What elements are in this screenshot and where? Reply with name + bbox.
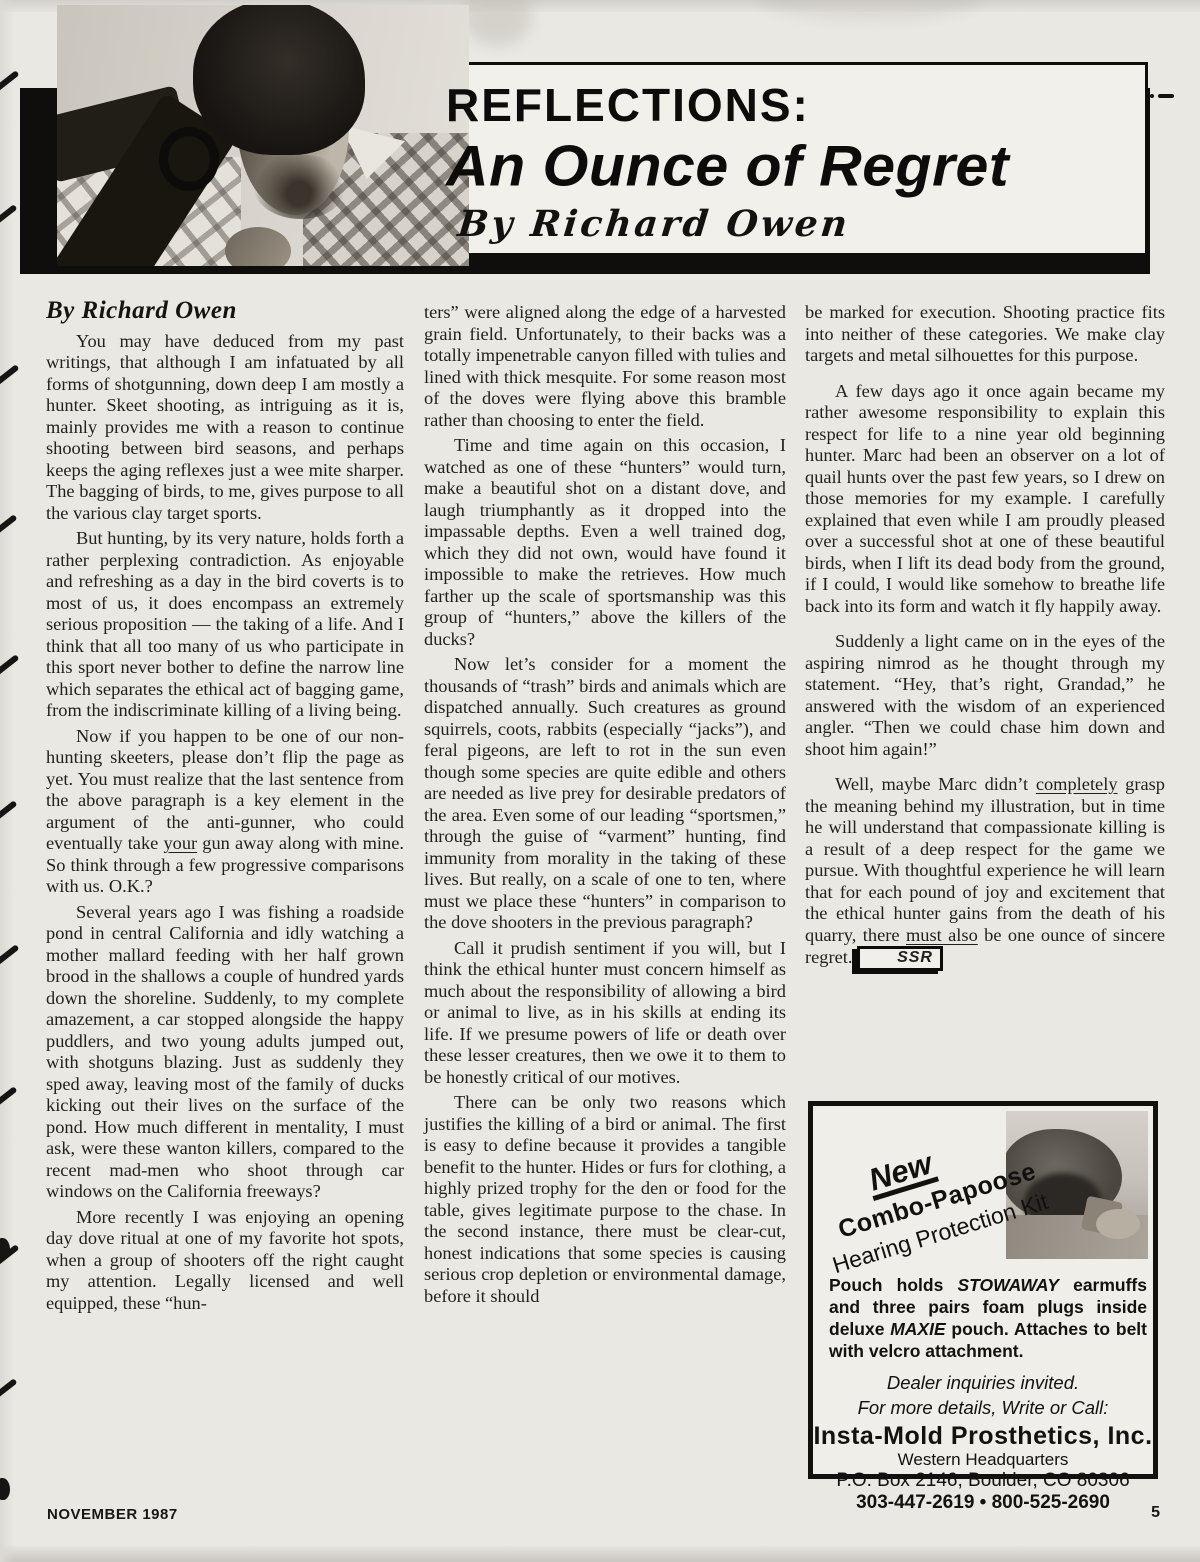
ad-details-line: For more details, Write or Call: — [813, 1397, 1153, 1419]
portrait-strap-ring — [159, 127, 219, 191]
article-paragraph: ters” were aligned along the edge of a h… — [424, 302, 786, 431]
ad-company-subtitle: Western Headquarters — [813, 1450, 1153, 1470]
article-paragraph: Now if you happen to be one of our non-h… — [46, 726, 404, 898]
article-byline-heading: By Richard Owen — [46, 300, 404, 322]
footer-page-number: 5 — [1151, 1504, 1160, 1522]
byline-script: By Richard Owen — [456, 203, 852, 245]
article-column-1: By Richard Owen You may have deduced fro… — [46, 300, 404, 1318]
article-column-2: ters” were aligned along the edge of a h… — [424, 302, 786, 1311]
footer-issue-date: NOVEMBER 1987 — [47, 1506, 178, 1523]
column-paragraphs: You may have deduced from my past writin… — [46, 331, 404, 1315]
insta-mold-advertisement: New Combo-Papoose Hearing Protection Kit… — [808, 1101, 1158, 1479]
ad-phone-numbers: 303-447-2619 • 800-525-2690 — [813, 1492, 1153, 1514]
section-kicker: REFLECTIONS: — [446, 78, 810, 132]
page-left-edge — [0, 0, 14, 1562]
article-paragraph: Several years ago I was fishing a roadsi… — [46, 902, 404, 1203]
magazine-page: REFLECTIONS: An Ounce of Regret By Richa… — [0, 0, 1200, 1562]
article-paragraph: You may have deduced from my past writin… — [46, 331, 404, 525]
ad-company-name: Insta-Mold Prosthetics, Inc. — [813, 1422, 1153, 1451]
margin-dash-mark — [1158, 94, 1174, 98]
page-bottom-edge — [0, 1546, 1200, 1562]
article-paragraph: Well, maybe Marc didn’t completely grasp… — [805, 774, 1165, 971]
article-paragraph: Time and time again on this occasion, I … — [424, 435, 786, 650]
scan-smudge — [760, 0, 980, 20]
article-paragraph: But hunting, by its very nature, holds f… — [46, 528, 404, 722]
article-paragraph: A few days ago it once again became my r… — [805, 381, 1165, 618]
end-of-article-badge: SSR — [857, 946, 943, 971]
article-title: An Ounce of Regret — [446, 133, 1146, 199]
ad-body-copy: Pouch holds STOWAWAY earmuffs and three … — [829, 1274, 1147, 1362]
ad-photo-hand — [1096, 1209, 1140, 1239]
scan-smudge — [462, 0, 532, 46]
portrait-hair — [193, 5, 365, 155]
article-paragraph: There can be only two reasons which just… — [424, 1092, 786, 1307]
article-paragraph: Call it prudish sentiment if you will, b… — [424, 938, 786, 1089]
article-paragraph: Now let’s consider for a moment the thou… — [424, 654, 786, 934]
article-paragraph: More recently I was enjoying an opening … — [46, 1207, 404, 1315]
article-column-3: be marked for execution. Shooting practi… — [805, 302, 1165, 985]
article-paragraph: be marked for execution. Shooting practi… — [805, 302, 1165, 367]
column-paragraphs: be marked for execution. Shooting practi… — [805, 302, 1165, 971]
portrait-hand — [225, 227, 291, 266]
article-paragraph: Suddenly a light came on in the eyes of … — [805, 631, 1165, 760]
portrait-beard-shadow — [253, 155, 345, 219]
author-portrait-photo — [57, 5, 469, 266]
ad-address: P.O. Box 2146, Boulder, CO 80306 — [813, 1470, 1153, 1492]
ad-dealer-line: Dealer inquiries invited. — [813, 1372, 1153, 1394]
column-paragraphs: ters” were aligned along the edge of a h… — [424, 302, 786, 1307]
